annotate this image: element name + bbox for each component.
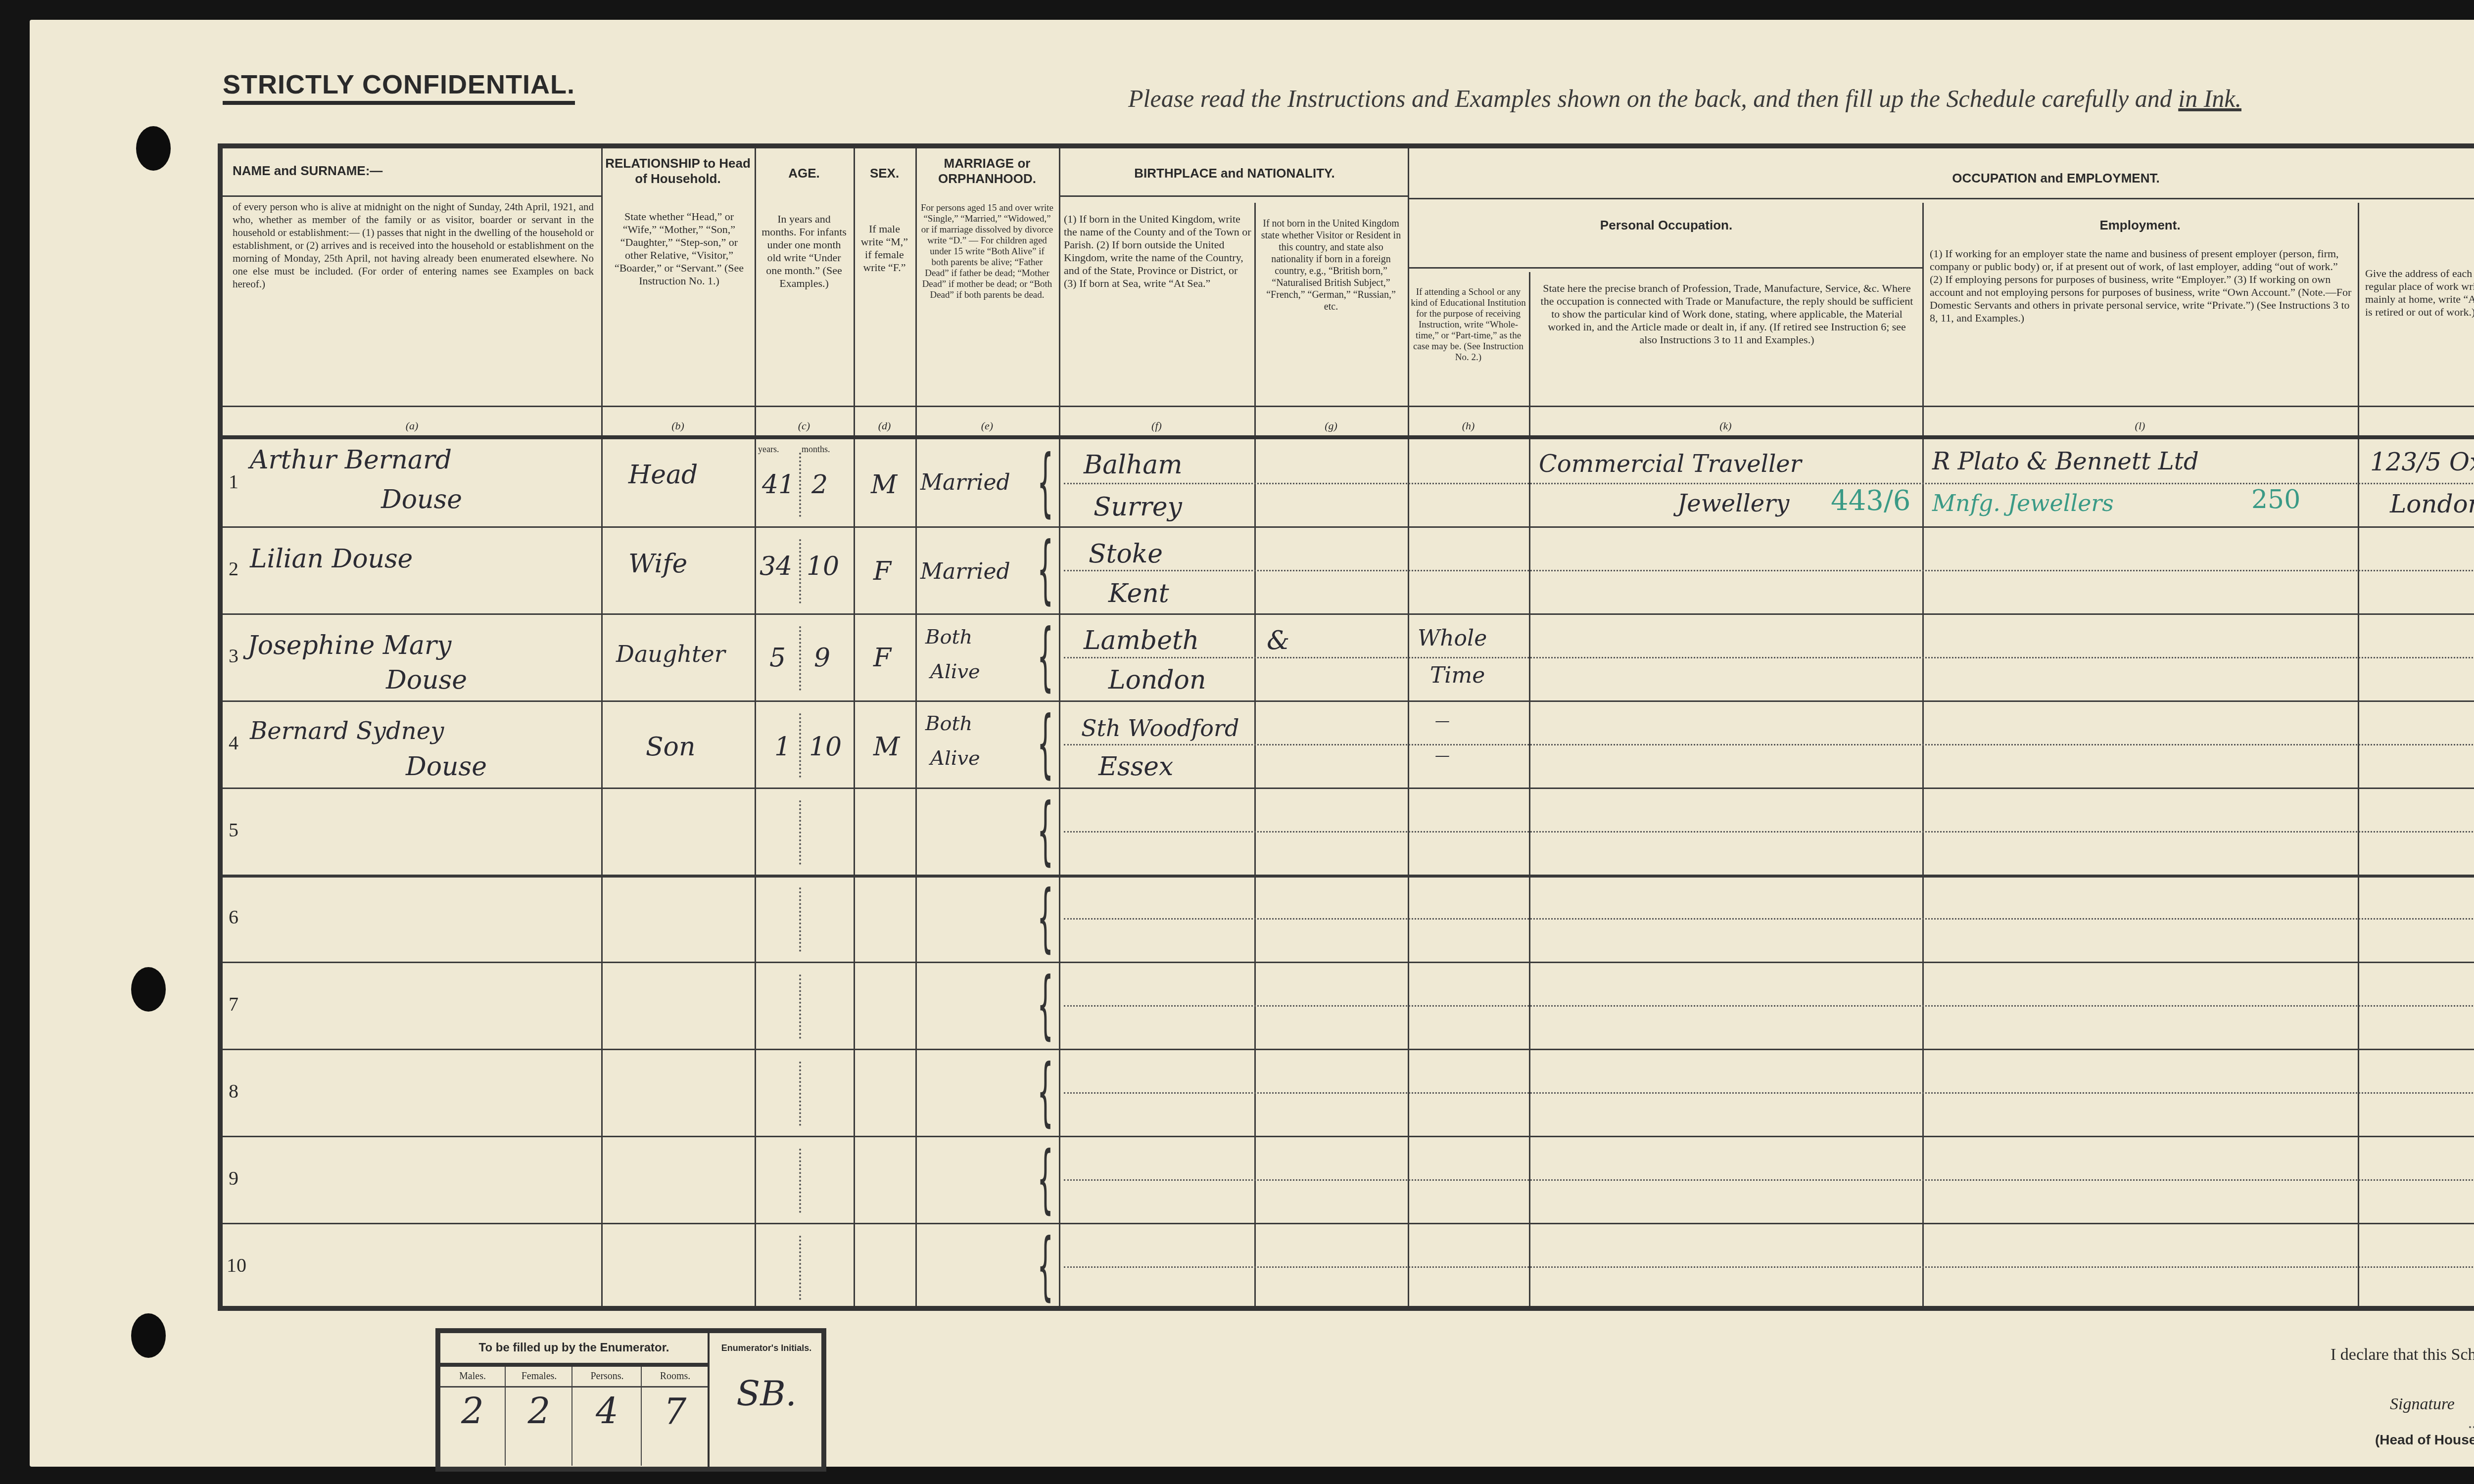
marriage[interactable]: Married — [920, 559, 1010, 584]
marriage-line2[interactable]: Alive — [930, 660, 980, 683]
header-relationship-text: State whether “Head,” or “Wife,” “Mother… — [609, 210, 750, 287]
birthplace-county[interactable]: Surrey — [1094, 492, 1182, 522]
header-place-of-work-text: Give the address of each person's place … — [2365, 267, 2474, 319]
col-letter-k: (k) — [1529, 419, 1922, 432]
header-sex-text: If male write “M,” if female write “F.” — [858, 223, 910, 274]
instruction-main: Please read the Instructions and Example… — [1128, 85, 2178, 112]
relationship[interactable]: Wife — [628, 549, 687, 579]
row-number: 5 — [229, 818, 238, 841]
signature-label: Signature — [2390, 1395, 2455, 1414]
age-years-label: years. — [758, 444, 779, 455]
age-months-label: months. — [802, 444, 830, 455]
males-label: Males. — [440, 1367, 505, 1388]
col-letter-h: (h) — [1408, 419, 1529, 432]
header-employment: Employment. — [1925, 218, 2355, 233]
birthplace-town[interactable]: Balham — [1084, 450, 1183, 480]
person-name[interactable]: Bernard Sydney — [250, 717, 444, 745]
header-age: AGE. — [757, 166, 851, 181]
col-letter-a: (a) — [223, 419, 601, 432]
header-personal-occupation-text: State here the precise branch of Profess… — [1539, 282, 1915, 346]
person-name[interactable]: Lilian Douse — [250, 544, 413, 574]
header-age-text: In years and months. For infants under o… — [760, 213, 849, 290]
age-months[interactable]: 9 — [814, 643, 830, 673]
males-column: Males. 2 — [440, 1367, 505, 1466]
rooms-label: Rooms. — [642, 1367, 709, 1388]
enumerator-totals-box: To be filled up by the Enumerator. Males… — [435, 1328, 826, 1472]
header-employment-text: (1) If working for an employer state the… — [1930, 247, 2353, 325]
marriage-line2[interactable]: Alive — [930, 747, 980, 770]
marriage[interactable]: Both — [925, 712, 972, 735]
enumerator-box-title: To be filled up by the Enumerator. — [440, 1333, 708, 1367]
enumerator-initials-value[interactable]: SB. — [710, 1373, 823, 1414]
age-years[interactable]: 41 — [762, 470, 795, 500]
enumerator-initials: Enumerator's Initials. SB. — [708, 1333, 823, 1467]
relationship[interactable]: Head — [628, 460, 698, 490]
col-letter-c: (c) — [755, 419, 854, 432]
header-occupation: OCCUPATION and EMPLOYMENT. — [1410, 171, 2474, 186]
signature-caption: (Head of Household, Manager of Establish… — [2375, 1432, 2474, 1448]
females-column: Females. 2 — [505, 1367, 572, 1466]
header-marriage: MARRIAGE or ORPHANHOOD. — [918, 156, 1056, 186]
punch-hole-middle — [131, 967, 166, 1012]
persons-value[interactable]: 4 — [572, 1391, 642, 1432]
row-number: 3 — [229, 644, 238, 667]
females-label: Females. — [506, 1367, 572, 1388]
row-number: 6 — [229, 905, 238, 928]
birthplace-county[interactable]: Essex — [1098, 752, 1173, 782]
nationality[interactable]: & — [1267, 626, 1289, 655]
employer-name[interactable]: R Plato & Bennett Ltd — [1932, 448, 2199, 475]
rooms-column: Rooms. 7 — [641, 1367, 709, 1466]
birthplace-town[interactable]: Stoke — [1089, 539, 1163, 569]
work-address-city[interactable]: London W1 — [2390, 490, 2474, 518]
occupation-code: 443/6 — [1831, 485, 1910, 517]
person-surname[interactable]: Douse — [381, 485, 462, 514]
header-personal-occupation: Personal Occupation. — [1410, 218, 1922, 233]
punch-hole-top — [136, 126, 171, 171]
row-number: 9 — [229, 1166, 238, 1190]
enumerator-initials-label: Enumerator's Initials. — [710, 1343, 823, 1353]
row-number: 1 — [229, 470, 238, 493]
col-letter-g: (g) — [1254, 419, 1408, 432]
row-number: 7 — [229, 992, 238, 1016]
school-attendance-line2[interactable]: Time — [1430, 663, 1485, 688]
row-number: 10 — [227, 1253, 246, 1277]
header-place-of-work: Place of Work. — [2360, 218, 2474, 233]
employer-business[interactable]: Mnfg. Jewellers — [1932, 490, 2114, 516]
birthplace-town[interactable]: Sth Woodford — [1081, 715, 1239, 742]
age-months[interactable]: 10 — [809, 732, 842, 762]
rooms-value[interactable]: 7 — [642, 1391, 709, 1432]
employer-code: 250 — [2251, 485, 2300, 514]
marriage[interactable]: Both — [925, 626, 972, 649]
row-number: 2 — [229, 557, 238, 580]
instruction-in-ink: in Ink. — [2178, 85, 2241, 112]
page-title: STRICTLY CONFIDENTIAL. — [223, 69, 575, 105]
header-name: NAME and SURNAME:— — [233, 163, 579, 179]
personal-occupation-detail[interactable]: Jewellery — [1677, 490, 1789, 517]
sex[interactable]: F — [873, 643, 891, 673]
age-months[interactable]: 2 — [811, 470, 828, 500]
row-number: 4 — [229, 731, 238, 754]
header-birthplace: BIRTHPLACE and NATIONALITY. — [1064, 166, 1405, 181]
col-letter-e: (e) — [915, 419, 1059, 432]
signature-line — [2469, 1426, 2474, 1428]
header-school-text: If attending a School or any kind of Edu… — [1410, 287, 1526, 363]
col-letter-m: (m) — [2358, 419, 2474, 432]
row-number: 8 — [229, 1079, 238, 1103]
personal-occupation[interactable]: Commercial Traveller — [1539, 450, 1802, 478]
punch-hole-bottom — [131, 1313, 166, 1358]
school-attendance[interactable]: Whole — [1418, 626, 1487, 651]
age-years[interactable]: 34 — [760, 552, 792, 581]
age-years[interactable]: 1 — [774, 732, 791, 762]
sex[interactable]: F — [873, 556, 891, 586]
person-surname[interactable]: Douse — [386, 665, 467, 695]
persons-label: Persons. — [572, 1367, 642, 1388]
declaration-text: I declare that this Schedule is correctl… — [2331, 1345, 2474, 1364]
col-letter-d: (d) — [854, 419, 915, 432]
col-letter-b: (b) — [601, 419, 755, 432]
person-name[interactable]: Arthur Bernard — [250, 445, 452, 475]
col-letter-l: (l) — [1922, 419, 2358, 432]
header-name-text: of every person who is alive at midnight… — [233, 200, 594, 290]
sex[interactable]: M — [873, 732, 900, 762]
header-marriage-text: For persons aged 15 and over write “Sing… — [920, 203, 1054, 301]
sex[interactable]: M — [871, 470, 897, 500]
relationship[interactable]: Son — [646, 732, 695, 762]
person-surname[interactable]: Douse — [406, 752, 487, 782]
school-attendance[interactable]: — — [1435, 712, 1450, 730]
header-sex: SEX. — [856, 166, 913, 181]
males-value[interactable]: 2 — [440, 1391, 505, 1432]
age-years[interactable]: 5 — [769, 643, 786, 673]
birthplace-county[interactable]: London — [1108, 665, 1206, 695]
household-table: NAME and SURNAME:— of every person who i… — [218, 143, 2474, 1311]
age-months[interactable]: 10 — [807, 552, 839, 581]
birthplace-county[interactable]: Kent — [1108, 579, 1169, 608]
header-relationship: RELATIONSHIP to Head of Household. — [604, 156, 752, 186]
marriage[interactable]: Married — [920, 470, 1010, 495]
person-name[interactable]: Josephine Mary — [247, 631, 451, 660]
females-value[interactable]: 2 — [506, 1391, 572, 1432]
header-nationality-text: If not born in the United Kingdom state … — [1259, 218, 1403, 313]
relationship[interactable]: Daughter — [616, 641, 725, 667]
instruction-text: Please read the Instructions and Example… — [1128, 84, 2241, 113]
work-address-street[interactable]: 123/5 Oxford St — [2370, 448, 2474, 476]
birthplace-town[interactable]: Lambeth — [1084, 626, 1199, 655]
header-birthplace-text: (1) If born in the United Kingdom, write… — [1064, 213, 1252, 290]
school-attendance-line2[interactable]: — — [1435, 747, 1450, 764]
persons-column: Persons. 4 — [571, 1367, 642, 1466]
col-letter-f: (f) — [1059, 419, 1254, 432]
